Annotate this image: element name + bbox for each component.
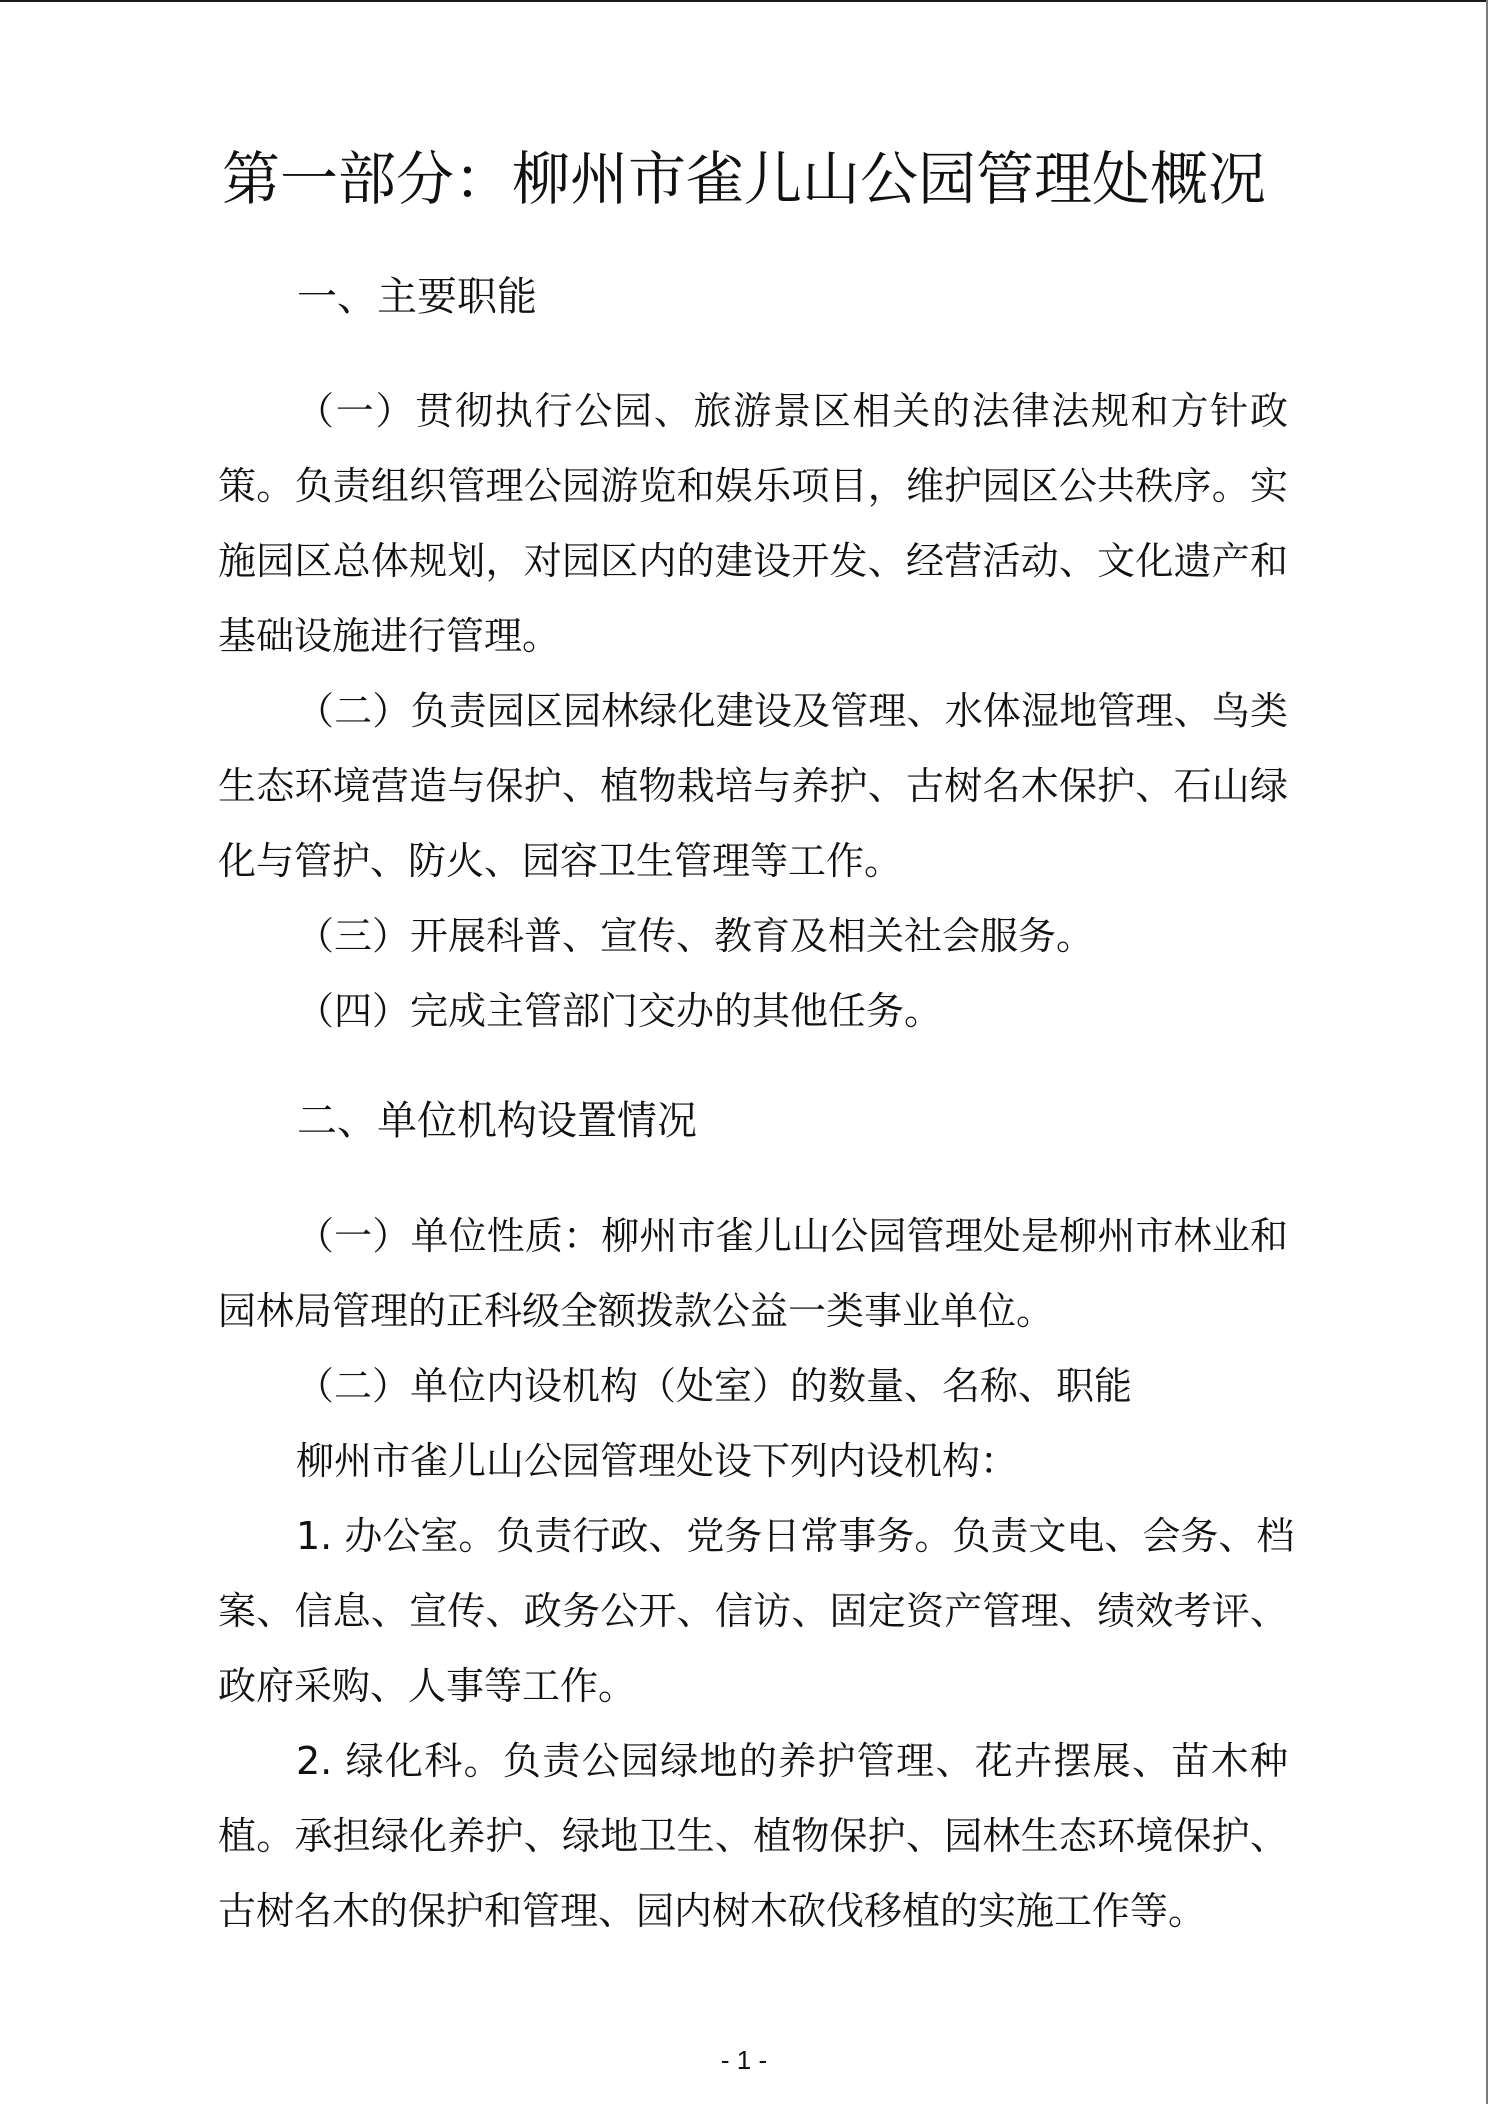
paragraph-line: 植。承担绿化养护、绿地卫生、植物保护、园林生态环境保护、 <box>218 1811 1288 1861</box>
document-title: 第一部分：柳州市雀儿山公园管理处概况 <box>0 142 1488 216</box>
paragraph-line: 1. 办公室。负责行政、党务日常事务。负责文电、会务、档 <box>296 1511 1288 1561</box>
paragraph-line: 政府采购、人事等工作。 <box>218 1661 1288 1711</box>
paragraph-line: 柳州市雀儿山公园管理处设下列内设机构： <box>296 1436 1366 1486</box>
paragraph-line: 生态环境营造与保护、植物栽培与养护、古树名木保护、石山绿 <box>218 761 1288 811</box>
paragraph-line: （三）开展科普、宣传、教育及相关社会服务。 <box>296 911 1366 961</box>
paragraph-line: （一）贯彻执行公园、旅游景区相关的法律法规和方针政 <box>296 386 1288 436</box>
section-heading-main-functions: 一、主要职能 <box>297 272 537 322</box>
paragraph-line: 园林局管理的正科级全额拨款公益一类事业单位。 <box>218 1286 1288 1336</box>
paragraph-line: （四）完成主管部门交办的其他任务。 <box>296 986 1366 1036</box>
paragraph-line: （二）单位内设机构（处室）的数量、名称、职能 <box>296 1361 1366 1411</box>
paragraph-line: 施园区总体规划，对园区内的建设开发、经营活动、文化遗产和 <box>218 536 1288 586</box>
section-heading-organization: 二、单位机构设置情况 <box>297 1096 697 1146</box>
page-number: - 1 - <box>0 2042 1488 2078</box>
paragraph-line: （一）单位性质：柳州市雀儿山公园管理处是柳州市林业和 <box>296 1211 1288 1261</box>
paragraph-line: （二）负责园区园林绿化建设及管理、水体湿地管理、鸟类 <box>296 686 1288 736</box>
paragraph-line: 案、信息、宣传、政务公开、信访、固定资产管理、绩效考评、 <box>218 1586 1288 1636</box>
paragraph-line: 策。负责组织管理公园游览和娱乐项目，维护园区公共秩序。实 <box>218 461 1288 511</box>
paragraph-line: 2. 绿化科。负责公园绿地的养护管理、花卉摆展、苗木种 <box>296 1736 1288 1786</box>
paragraph-line: 化与管护、防火、园容卫生管理等工作。 <box>218 836 1288 886</box>
page-top-border <box>0 0 1488 2</box>
paragraph-line: 古树名木的保护和管理、园内树木砍伐移植的实施工作等。 <box>218 1886 1288 1936</box>
paragraph-line: 基础设施进行管理。 <box>218 611 1288 661</box>
